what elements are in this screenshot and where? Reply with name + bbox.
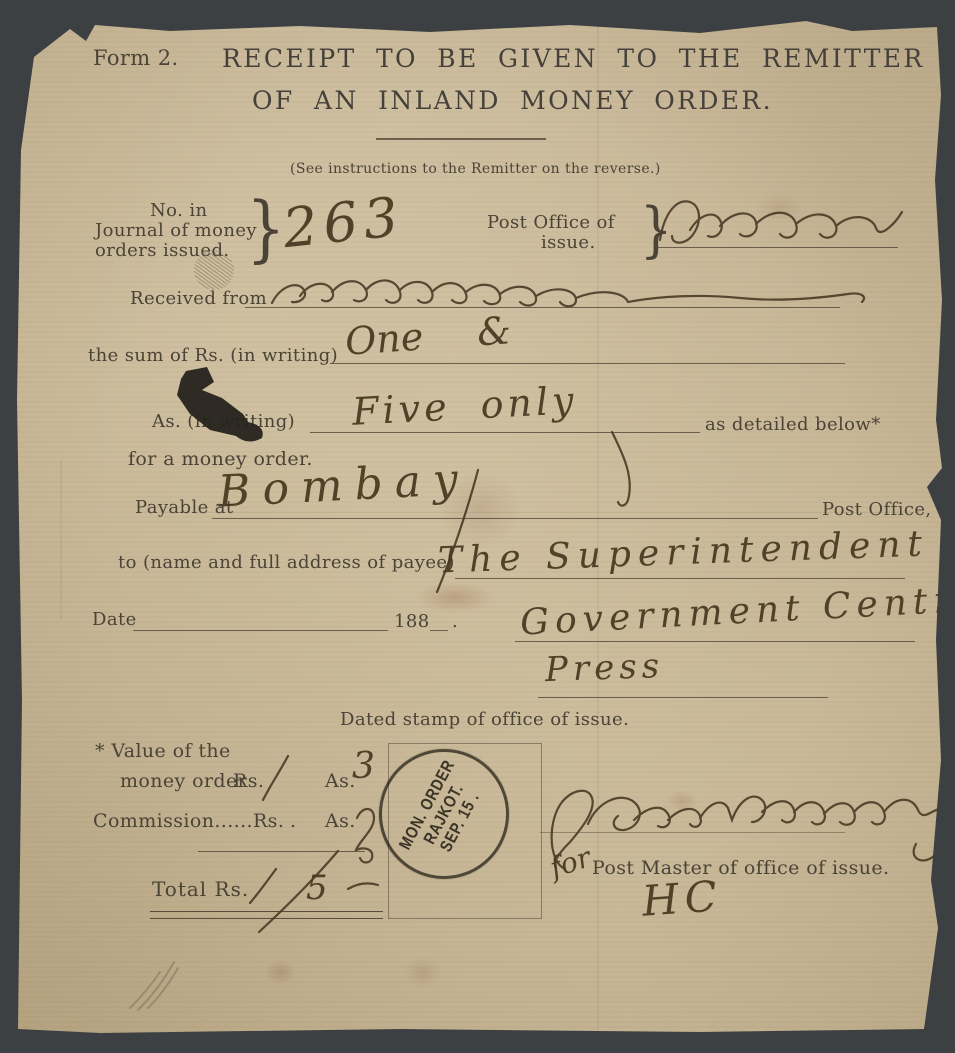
- instructions-note: (See instructions to the Remitter on the…: [290, 161, 661, 177]
- title-divider: [376, 138, 546, 140]
- received-from-line: [245, 307, 840, 308]
- commission-as-label: As.: [325, 810, 356, 832]
- pencil-scribble: [130, 962, 178, 1010]
- initials-handwriting: HC: [640, 871, 724, 926]
- payee-line2: [515, 641, 915, 642]
- for-handwriting: for: [546, 841, 595, 885]
- value-rs-label: Rs.: [233, 770, 264, 792]
- payee-line3: [538, 697, 828, 698]
- annas-value-handwriting: Five only: [351, 378, 579, 434]
- vertical-crease: [597, 0, 599, 1053]
- horizontal-crease: [140, 512, 920, 513]
- title-line-1: RECEIPT TO BE GIVEN TO THE REMITTER: [222, 44, 925, 73]
- value-label-line1: * Value of the: [95, 740, 231, 762]
- as-detailed-below-note: as detailed below*: [705, 414, 881, 435]
- annas-label: As. (in writing): [152, 411, 295, 432]
- fox-stain: [258, 955, 303, 990]
- value-label-line2: money order: [120, 770, 247, 792]
- fox-stain: [395, 950, 450, 995]
- post-office-brace: }: [640, 200, 672, 260]
- total-one-stroke: [250, 869, 276, 903]
- date-label: Date: [92, 609, 137, 630]
- receipt-paper: Form 2. RECEIPT TO BE GIVEN TO THE REMIT…: [0, 0, 955, 1053]
- five-only-flourish: [612, 432, 630, 506]
- commission-dot: .: [290, 810, 296, 832]
- commission-line: [198, 851, 365, 852]
- left-crease: [60, 460, 62, 620]
- date-year-blank: [430, 630, 448, 631]
- commission-label: Commission......Rs.: [93, 810, 284, 832]
- post-office-label-line1: Post Office of: [487, 212, 615, 233]
- fox-stain: [660, 786, 705, 816]
- fox-stain: [400, 575, 510, 620]
- commission-as-two-stroke: [356, 809, 374, 863]
- journal-label-line1: No. in: [150, 200, 207, 221]
- received-from-label: Received from: [130, 288, 267, 309]
- sum-label: the sum of Rs. (in writing): [88, 345, 338, 366]
- post-office-line: [658, 247, 898, 248]
- total-as-handwriting: 5: [306, 868, 328, 908]
- form-number-label: Form 2.: [93, 46, 179, 70]
- journal-label-line2: Journal of money: [95, 220, 257, 241]
- value-rs-one-stroke: [263, 756, 288, 800]
- total-label: Total Rs.: [152, 877, 249, 901]
- received-from-scrawl: [272, 280, 864, 306]
- fox-stain: [745, 185, 815, 230]
- payee-label: to (name and full address of payee): [118, 552, 455, 573]
- value-as-handwriting: 3: [352, 746, 375, 787]
- sum-line: [330, 363, 845, 364]
- signature-line: [540, 832, 845, 833]
- post-office-suffix: Post Office,: [822, 499, 932, 520]
- postmaster-label: Post Master of office of issue.: [592, 857, 889, 879]
- stamp-caption: Dated stamp of office of issue.: [340, 709, 629, 730]
- payee-value-line3-handwriting: Press: [544, 646, 664, 690]
- fox-stain: [420, 455, 540, 565]
- post-office-label-line2: issue.: [541, 232, 596, 253]
- journal-number-value: 263: [280, 185, 407, 260]
- journal-brace: }: [246, 192, 285, 264]
- title-line-2: OF AN INLAND MONEY ORDER.: [252, 86, 773, 115]
- total-as-dash: [348, 883, 378, 889]
- document-photo: { "doc": { "form_label": "Form 2.", "tit…: [0, 0, 955, 1053]
- payee-value-line2-handwriting: Government Central: [519, 577, 955, 643]
- total-double-rule: [150, 911, 383, 919]
- sum-value-handwriting: One &: [344, 308, 513, 363]
- date-line: [133, 630, 388, 631]
